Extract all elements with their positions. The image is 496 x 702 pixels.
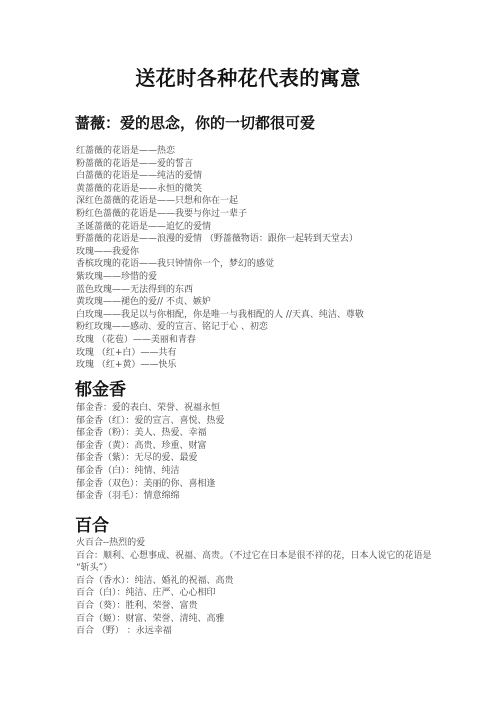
text-line: 百合 （野） ：永远幸福 [76, 625, 456, 638]
section-body-rose: 红蔷薇的花语是——热恋 粉蔷薇的花语是——爱的誓言 白蔷薇的花语是——纯洁的爱情… [76, 145, 456, 372]
text-line: 香槟玫瑰的花语——我只钟情你一个，梦幻的感觉 [76, 258, 456, 271]
text-line: 深红色蔷薇的花语是——只想和你在一起 [76, 195, 456, 208]
section-body-tulip: 郁金香：爱的表白、荣誉、祝福永恒 郁金香（红）：爱的宣言、喜悦、热爱 郁金香（粉… [76, 402, 456, 503]
text-line: 粉蔷薇的花语是——爱的誓言 [76, 158, 456, 171]
text-line: 百合（香水）：纯洁、婚礼的祝福、高贵 [76, 575, 456, 588]
text-line: 玫瑰——我爱你 [76, 246, 456, 259]
text-line: 红蔷薇的花语是——热恋 [76, 145, 456, 158]
section-body-lily: 火百合--热烈的爱 百合：顺利、心想事成、祝福、高贵。（不过它在日本是很不祥的花… [76, 537, 456, 638]
section-heading-tulip: 郁金香 [75, 375, 126, 400]
document-page: 送花时各种花代表的寓意 蔷薇：爱的思念，你的一切都很可爱 红蔷薇的花语是——热恋… [0, 0, 496, 702]
text-line: 圣诞蔷薇的花语是——追忆的爱情 [76, 221, 456, 234]
text-line: 玫瑰 （红+白）——共有 [76, 347, 456, 360]
text-line: 郁金香（双色）：美丽的你、喜相逢 [76, 478, 456, 491]
text-line: 郁金香（黄）：高贵、珍重、财富 [76, 440, 456, 453]
text-line: 粉红玫瑰——感动、爱的宣言、铭记于心 、初恋 [76, 321, 456, 334]
text-line: 粉红色蔷薇的花语是——我要与你过一辈子 [76, 208, 456, 221]
text-line: 郁金香（粉）：美人、热爱、幸福 [76, 427, 456, 440]
text-line: 黄蔷薇的花语是——永恒的微笑 [76, 183, 456, 196]
text-line: “斩头”） [76, 562, 456, 575]
text-line: 郁金香（白）：纯情、纯洁 [76, 465, 456, 478]
text-line: 百合（白）：纯洁、庄严、心心相印 [76, 587, 456, 600]
text-line: 紫玫瑰——珍惜的爱 [76, 271, 456, 284]
text-line: 郁金香（羽毛）：情意绵绵 [76, 490, 456, 503]
page-title: 送花时各种花代表的寓意 [0, 62, 496, 91]
section-heading-lily: 百合 [75, 511, 109, 536]
text-line: 野蔷薇的花语是——浪漫的爱情 （野蔷薇物语：跟你一起转到天堂去） [76, 233, 456, 246]
section-heading-rose: 蔷薇：爱的思念，你的一切都很可爱 [75, 112, 315, 133]
text-line: 玫瑰 （花苞）——美丽和青春 [76, 334, 456, 347]
text-line: 郁金香（红）：爱的宣言、喜悦、热爱 [76, 415, 456, 428]
text-line: 玫瑰 （红+黄）——快乐 [76, 359, 456, 372]
text-line: 白蔷薇的花语是——纯洁的爱情 [76, 170, 456, 183]
text-line: 蓝色玫瑰——无法得到的东西 [76, 284, 456, 297]
text-line: 黄玫瑰——褪色的爱// 不贞、嫉妒 [76, 296, 456, 309]
text-line: 火百合--热烈的爱 [76, 537, 456, 550]
text-line: 百合（姬）：财富、荣誉、清纯、高雅 [76, 613, 456, 626]
text-line: 百合（葵）：胜利、荣誉、富贵 [76, 600, 456, 613]
text-line: 百合：顺利、心想事成、祝福、高贵。（不过它在日本是很不祥的花，日本人说它的花语是 [76, 550, 456, 563]
text-line: 郁金香（紫）：无尽的爱、最爱 [76, 452, 456, 465]
text-line: 郁金香：爱的表白、荣誉、祝福永恒 [76, 402, 456, 415]
text-line: 白玫瑰——我足以与你相配，你是唯一与我相配的人 //天真、纯洁、尊敬 [76, 309, 456, 322]
